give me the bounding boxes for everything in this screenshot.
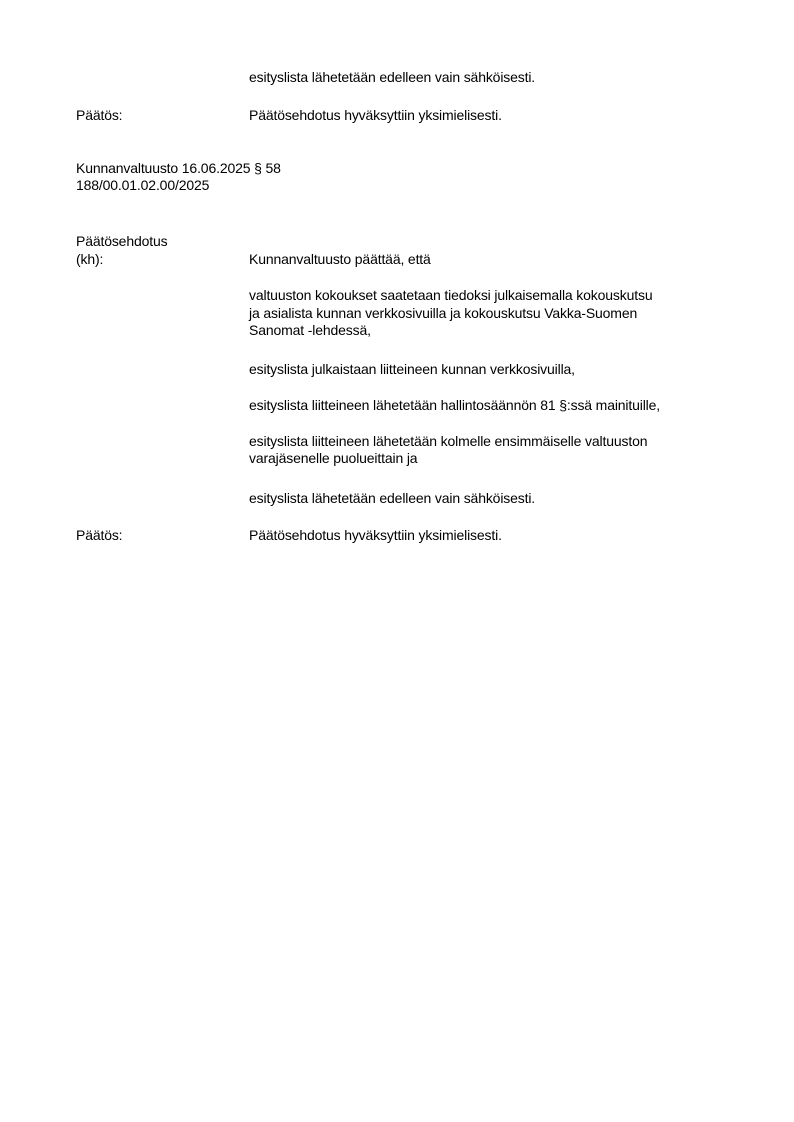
proposal-item: varajäsenelle puolueittain ja <box>249 450 417 467</box>
proposal-intro: Kunnanvaltuusto päättää, että <box>249 251 431 268</box>
section-header: Kunnanvaltuusto 16.06.2025 § 58 <box>76 160 281 177</box>
proposal-item: esityslista julkaistaan liitteineen kunn… <box>249 361 575 378</box>
proposal-item: Sanomat -lehdessä, <box>249 322 371 339</box>
proposal-label-kh: (kh): <box>76 251 103 268</box>
proposal-label: Päätösehdotus <box>76 233 167 250</box>
proposal-item: esityslista liitteineen lähetetään halli… <box>249 397 660 414</box>
proposal-item: esityslista liitteineen lähetetään kolme… <box>249 433 647 450</box>
decision-label: Päätös: <box>76 107 122 124</box>
section-record-number: 188/00.01.02.00/2025 <box>76 177 209 194</box>
decision-text: Päätösehdotus hyväksyttiin yksimielisest… <box>249 107 502 124</box>
proposal-item: ja asialista kunnan verkkosivuilla ja ko… <box>249 305 637 322</box>
decision-text: Päätösehdotus hyväksyttiin yksimielisest… <box>249 527 502 544</box>
decision-label: Päätös: <box>76 527 122 544</box>
continuation-text: esityslista lähetetään edelleen vain säh… <box>249 69 535 86</box>
proposal-item: valtuuston kokoukset saatetaan tiedoksi … <box>249 287 652 304</box>
proposal-item: esityslista lähetetään edelleen vain säh… <box>249 490 535 507</box>
